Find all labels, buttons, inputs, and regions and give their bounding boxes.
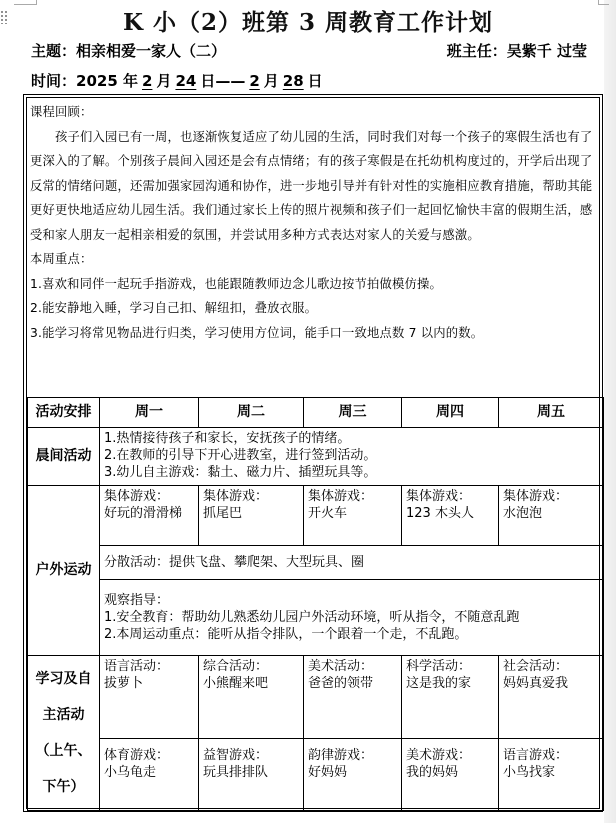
game-name: 小鸟找家: [503, 764, 599, 781]
review-section: 课程回顾： 孩子们入园已有一周，也逐渐恢复适应了幼儿园的生活，同时我们对每一个孩…: [30, 100, 600, 345]
outdoor-observation-row: 观察指导： 1.安全教育：帮助幼儿熟悉幼儿园户外活动环境，听从指令，不随意乱跑 …: [28, 580, 604, 656]
page-gutter: [604, 0, 616, 823]
game-name: 好妈妈: [308, 764, 397, 781]
game-type: 美术游戏：: [406, 747, 494, 764]
teacher-value: 吴紫千 过莹: [507, 42, 587, 60]
theme-value: 相亲相爱一家人（二）: [76, 42, 226, 60]
date-separator: ——: [215, 72, 245, 90]
day-header: 周二: [199, 398, 304, 428]
group-game-cell: 集体游戏：抓尾巴: [199, 486, 304, 546]
focus-heading: 本周重点：: [30, 247, 600, 272]
outdoor-group-row: 户外运动 集体游戏：好玩的滑滑梯 集体游戏：抓尾巴 集体游戏：开火车 集体游戏：…: [28, 486, 604, 546]
day-unit: 日: [200, 72, 215, 90]
game-type: 体育游戏：: [104, 747, 194, 764]
theme-label: 主题：: [31, 42, 76, 60]
start-day: 24: [171, 72, 200, 90]
end-day: 28: [279, 72, 308, 90]
group-game-cell: 集体游戏：好玩的滑滑梯: [100, 486, 199, 546]
end-month: 2: [245, 72, 263, 90]
game-name: 好玩的滑滑梯: [104, 505, 194, 522]
schedule-table: 活动安排 周一 周二 周三 周四 周五 晨间活动 1.热情接待孩子和家长，安抚孩…: [27, 397, 604, 811]
morning-row: 晨间活动 1.热情接待孩子和家长，安抚孩子的情绪。 2.在教师的引导下开心进教室…: [28, 428, 604, 486]
learning-activity-cell: 美术活动：爸爸的领带: [304, 656, 402, 739]
morning-label: 晨间活动: [28, 428, 100, 486]
activity-name: 爸爸的领带: [308, 675, 397, 692]
morning-line: 3.幼儿自主游戏：黏土、磁力片、插塑玩具等。: [104, 464, 599, 481]
observation-guidance: 观察指导： 1.安全教育：帮助幼儿熟悉幼儿园户外活动环境，听从指令，不随意乱跑 …: [100, 580, 604, 656]
game-name: 我的妈妈: [406, 764, 494, 781]
time-label: 时间：: [31, 72, 76, 90]
learning-game-cell: 体育游戏：小乌龟走: [100, 739, 199, 811]
learning-label-line: 学习及自: [28, 661, 99, 697]
month-unit: 月: [156, 72, 171, 90]
day-header-row: 活动安排 周一 周二 周三 周四 周五: [28, 398, 604, 428]
activity-type: 综合活动：: [203, 658, 299, 675]
activity-name: 小熊醒来吧: [203, 675, 299, 692]
activity-type: 美术活动：: [308, 658, 397, 675]
activity-name: 妈妈真爱我: [503, 675, 599, 692]
group-game-cell: 集体游戏：水泡泡: [499, 486, 604, 546]
morning-line: 2.在教师的引导下开心进教室，进行签到活动。: [104, 447, 599, 464]
observation-line: 1.安全教育：帮助幼儿熟悉幼儿园户外活动环境，听从指令，不随意乱跑: [104, 609, 599, 626]
morning-line: 1.热情接待孩子和家长，安抚孩子的情绪。: [104, 430, 599, 447]
learning-game-cell: 语言游戏：小鸟找家: [499, 739, 604, 811]
learning-activity-row: 学习及自 主活动 （上午、 下午） 语言活动：拔萝卜 综合活动：小熊醒来吧 美术…: [28, 656, 604, 739]
focus-item: 1.喜欢和同伴一起玩手指游戏，也能跟随教师边念儿歌边按节拍做模仿操。: [30, 272, 600, 297]
learning-activity-cell: 科学活动：这是我的家: [402, 656, 499, 739]
review-paragraph: 孩子们入园已有一周，也逐渐恢复适应了幼儿园的生活，同时我们对每一个孩子的寒假生活…: [30, 125, 600, 248]
game-name: 小乌龟走: [104, 764, 194, 781]
game-type: 韵律游戏：: [308, 747, 397, 764]
outdoor-label: 户外运动: [28, 486, 100, 656]
learning-game-cell: 韵律游戏：好妈妈: [304, 739, 402, 811]
game-type: 集体游戏：: [308, 488, 397, 505]
month-unit: 月: [264, 72, 279, 90]
game-name: 开火车: [308, 505, 397, 522]
day-unit: 日: [308, 72, 323, 90]
outdoor-scattered-row: 分散活动：提供飞盘、攀爬架、大型玩具、圈: [28, 546, 604, 580]
activity-type: 语言活动：: [104, 658, 194, 675]
time-year: 2025 年: [76, 72, 138, 90]
day-header: 周三: [304, 398, 402, 428]
observation-line: 2.本周运动重点：能听从指令排队，一个跟着一个走，不乱跑。: [104, 626, 599, 643]
scattered-activity: 分散活动：提供飞盘、攀爬架、大型玩具、圈: [100, 546, 604, 580]
learning-game-row: 体育游戏：小乌龟走 益智游戏：玩具排排队 韵律游戏：好妈妈 美术游戏：我的妈妈 …: [28, 739, 604, 811]
teacher-label: 班主任：: [447, 42, 507, 60]
learning-activity-cell: 综合活动：小熊醒来吧: [199, 656, 304, 739]
learning-label: 学习及自 主活动 （上午、 下午）: [28, 656, 100, 811]
learning-game-cell: 益智游戏：玩具排排队: [199, 739, 304, 811]
learning-label-line: 下午）: [28, 769, 99, 805]
time-line: 时间：2025 年2月24日——2月28日: [31, 70, 323, 91]
activity-name: 这是我的家: [406, 675, 494, 692]
game-type: 集体游戏：: [104, 488, 194, 505]
learning-label-line: （上午、: [28, 733, 99, 769]
theme-line: 主题：相亲相爱一家人（二）: [31, 40, 226, 61]
game-type: 集体游戏：: [406, 488, 494, 505]
group-game-cell: 集体游戏：123 木头人: [402, 486, 499, 546]
focus-item: 3.能学习将常见物品进行归类，学习使用方位词，能手口一致地点数 7 以内的数。: [30, 321, 600, 346]
activity-type: 科学活动：: [406, 658, 494, 675]
game-type: 集体游戏：: [203, 488, 299, 505]
start-month: 2: [138, 72, 156, 90]
focus-item: 2.能安静地入睡，学习自己扣、解纽扣，叠放衣服。: [30, 296, 600, 321]
game-type: 益智游戏：: [203, 747, 299, 764]
morning-content: 1.热情接待孩子和家长，安抚孩子的情绪。 2.在教师的引导下开心进教室，进行签到…: [100, 428, 604, 486]
day-header: 周一: [100, 398, 199, 428]
game-name: 抓尾巴: [203, 505, 299, 522]
game-type: 语言游戏：: [503, 747, 599, 764]
game-name: 玩具排排队: [203, 764, 299, 781]
day-header: 周五: [499, 398, 604, 428]
group-game-cell: 集体游戏：开火车: [304, 486, 402, 546]
document-title: K 小（2）班第 3 周教育工作计划: [0, 4, 616, 37]
activity-type: 社会活动：: [503, 658, 599, 675]
game-name: 123 木头人: [406, 505, 494, 522]
game-name: 水泡泡: [503, 505, 599, 522]
schedule-corner-label: 活动安排: [28, 398, 100, 428]
observation-heading: 观察指导：: [104, 592, 599, 609]
day-header: 周四: [402, 398, 499, 428]
learning-activity-cell: 社会活动：妈妈真爱我: [499, 656, 604, 739]
learning-label-line: 主活动: [28, 697, 99, 733]
review-heading: 课程回顾：: [30, 100, 600, 125]
learning-game-cell: 美术游戏：我的妈妈: [402, 739, 499, 811]
activity-name: 拔萝卜: [104, 675, 194, 692]
teacher-line: 班主任：吴紫千 过莹: [447, 40, 587, 61]
game-type: 集体游戏：: [503, 488, 599, 505]
learning-activity-cell: 语言活动：拔萝卜: [100, 656, 199, 739]
